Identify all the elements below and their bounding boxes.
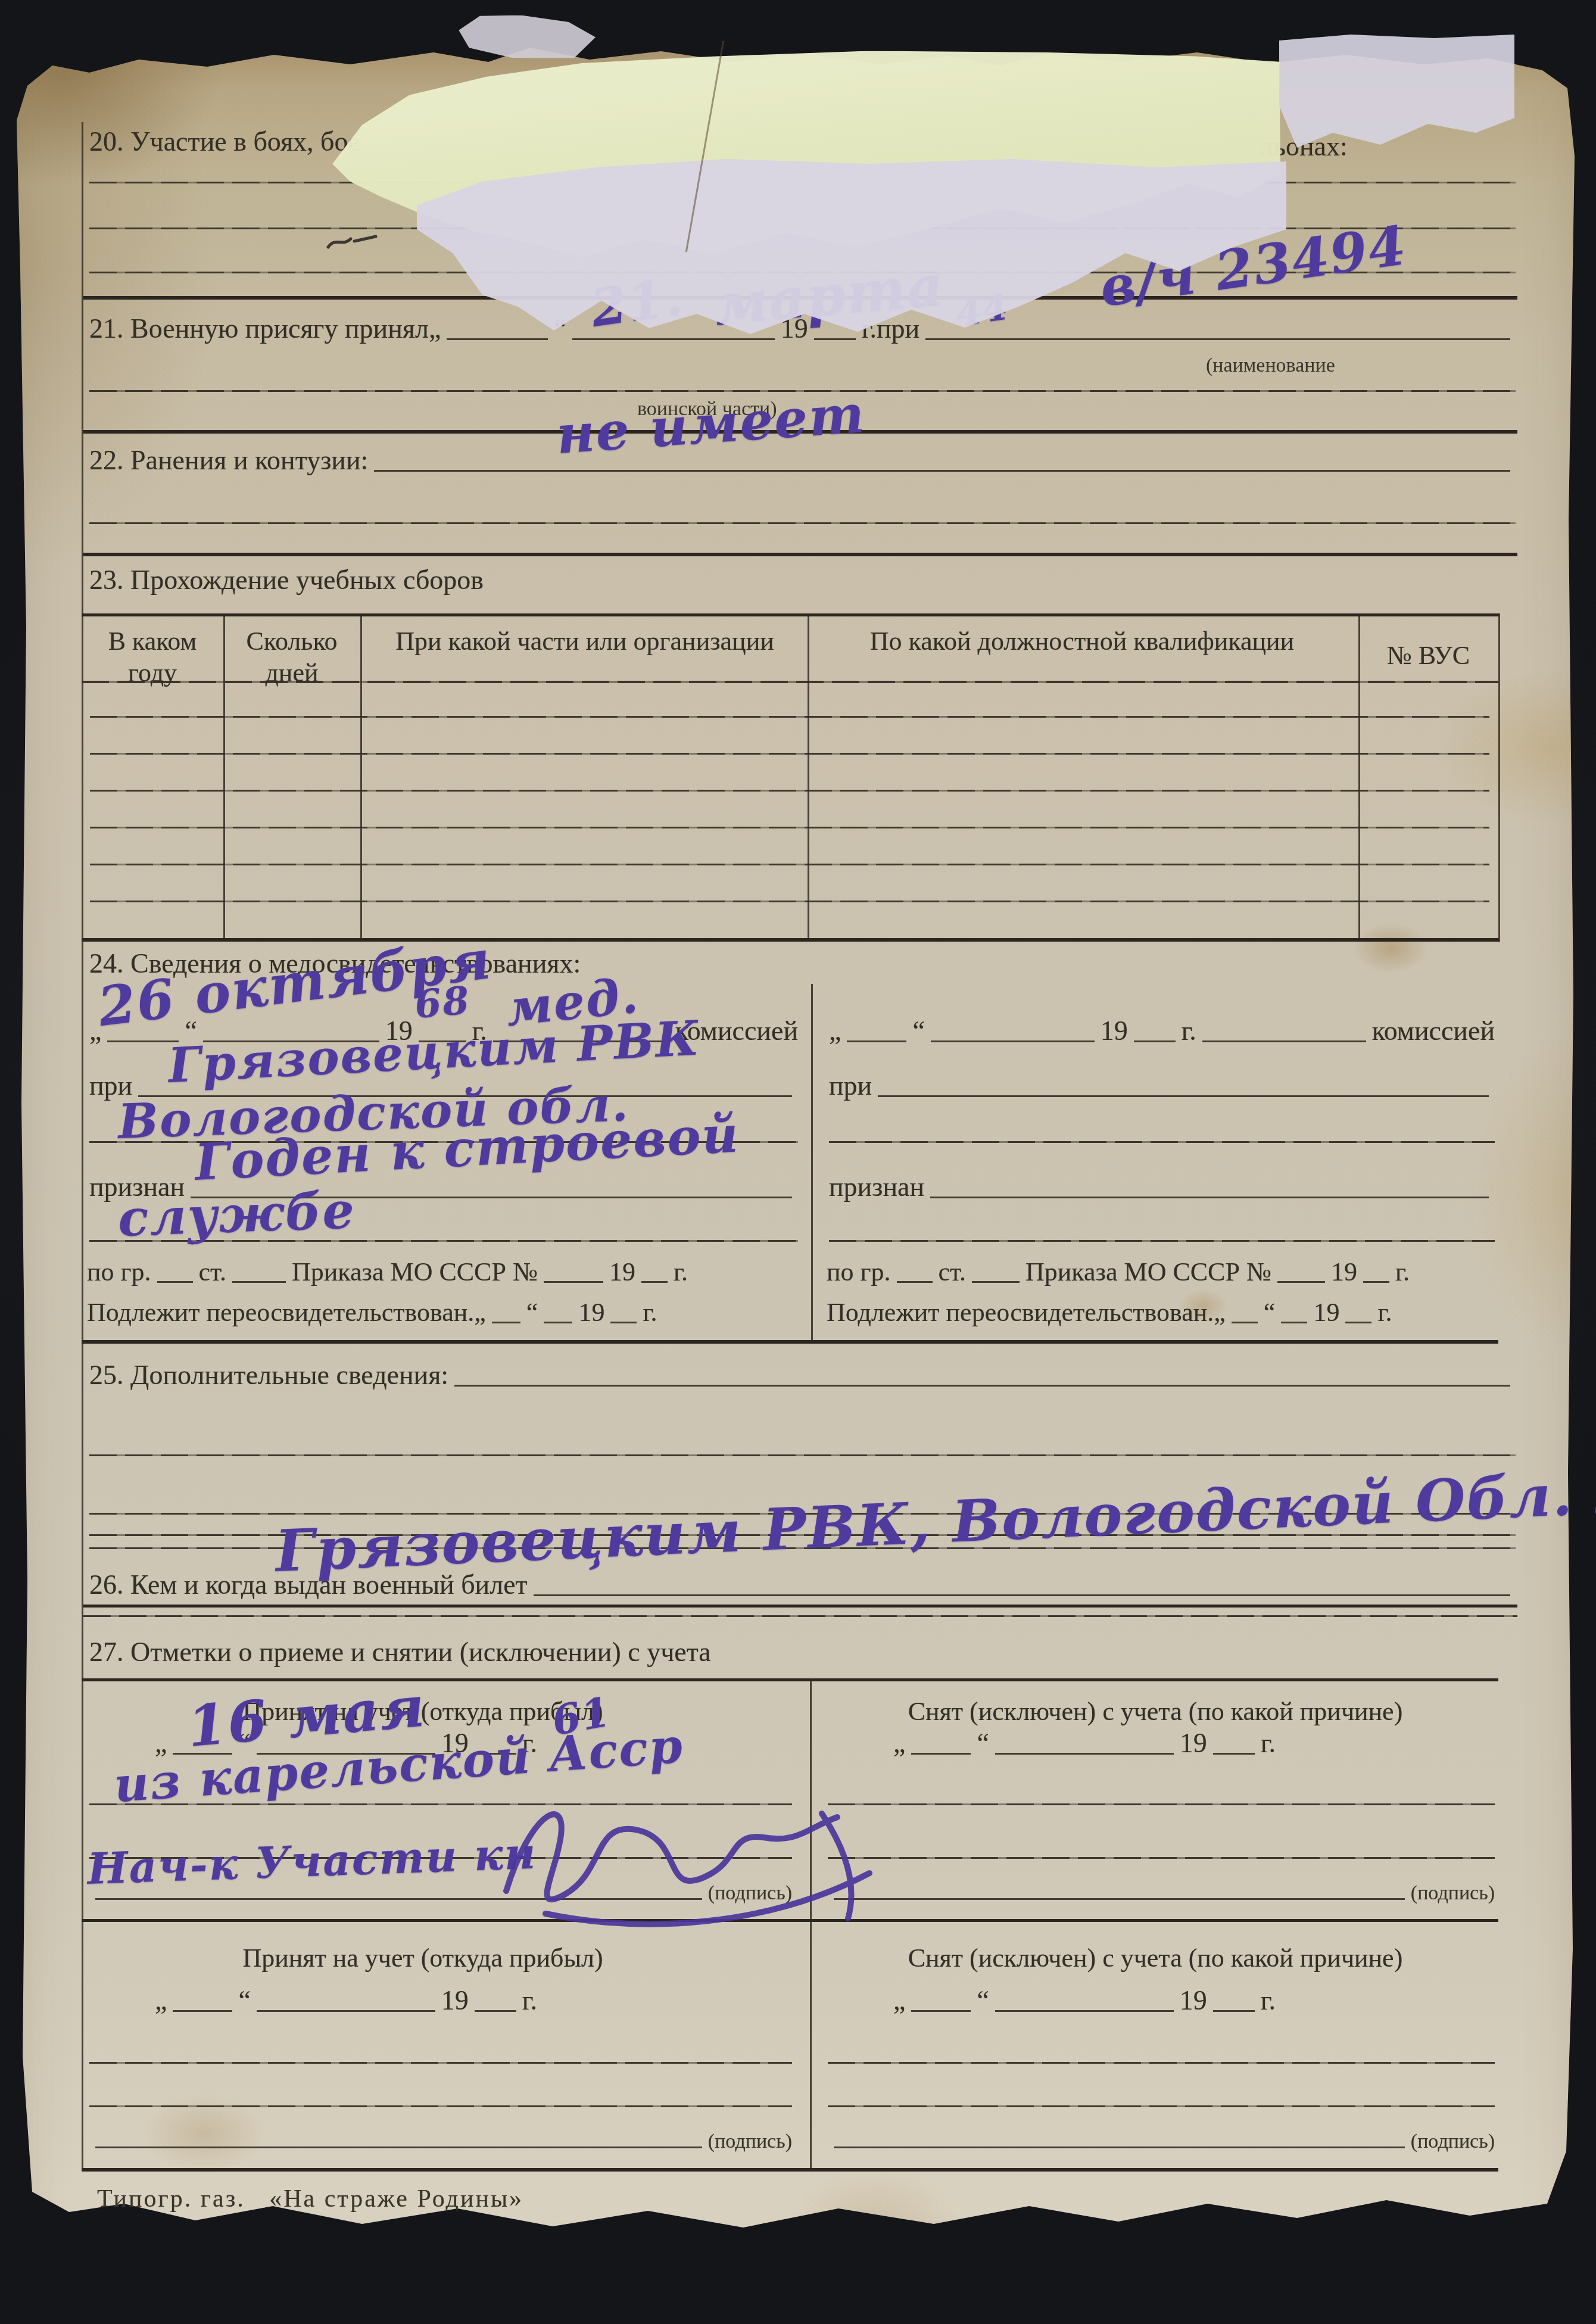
year-suffix: г. <box>1182 1015 1196 1048</box>
med-right-row-priznan: признан <box>829 1169 1495 1204</box>
st-label: ст. <box>939 1257 966 1289</box>
section25-row: 25. Дополнительные сведения: <box>89 1358 1516 1392</box>
fill-line <box>930 1197 1489 1198</box>
commission-label: комиссией <box>1372 1015 1495 1048</box>
frame-left-border <box>82 122 83 2171</box>
close-quote: “ <box>238 1985 250 2018</box>
year-suffix: г. <box>1377 1298 1392 1329</box>
year-prefix: 19 <box>1313 1298 1339 1329</box>
fill-line <box>847 1040 906 1042</box>
signature-flourish <box>488 1778 881 1945</box>
signature-caption: (подпись) <box>708 2130 792 2154</box>
section20-label: 20. Участие в боях, бое <box>89 126 360 158</box>
fill-line <box>475 2010 516 2012</box>
handwritten-med-year: 68 <box>413 978 472 1027</box>
table-divider <box>1358 616 1360 938</box>
year-prefix: 19 <box>1180 1985 1207 2018</box>
open-quote: „ <box>829 1015 841 1048</box>
year-prefix: 19 <box>1180 1728 1207 1761</box>
ruled-line <box>828 1803 1495 1805</box>
med-left-row-reexam: Подлежит переосвидетельствован. „ “ 19 г… <box>87 1296 802 1329</box>
remove-header: Снят (исключен) с учета (по какой причин… <box>834 1696 1477 1728</box>
fill-line <box>911 2010 971 2012</box>
section27-title: 27. Отметки о приеме и снятии (исключени… <box>89 1637 711 1668</box>
document-content: 20. Участие в боях, бое льонах: 21. Воен… <box>0 0 1596 2324</box>
fill-line <box>157 1281 193 1283</box>
fill-line <box>897 1281 933 1283</box>
remove-date-row-2: „ “ 19 г. <box>893 1983 1405 2018</box>
section23-title: 23. Прохождение учебных сборов <box>89 565 484 596</box>
year-prefix: 19 <box>441 1985 469 2018</box>
table-col-days: Сколько дней <box>229 626 354 689</box>
fill-line <box>173 2010 232 2012</box>
fill-line <box>1277 1281 1325 1283</box>
table-divider <box>360 616 362 938</box>
fill-line <box>95 2147 702 2148</box>
section-separator <box>83 553 1517 556</box>
close-quote: “ <box>912 1015 924 1048</box>
ruled-line <box>89 2062 792 2064</box>
training-table: В каком году Сколько дней При какой част… <box>82 613 1500 942</box>
section-separator <box>83 1605 1517 1608</box>
table-col-unit: При какой части или организации <box>391 626 778 658</box>
fill-line <box>995 1753 1174 1755</box>
year-suffix: г. <box>1261 1985 1276 2018</box>
table-divider <box>808 616 809 938</box>
fill-line <box>544 1281 603 1283</box>
table-row-line <box>90 901 1489 902</box>
ruled-line <box>829 1141 1495 1143</box>
fill-line <box>454 1385 1510 1387</box>
fill-line <box>1363 1281 1389 1283</box>
accept-date-row-2: „ “ 19 г. <box>155 1983 661 2018</box>
fill-line <box>447 338 548 340</box>
med-right-row-reexam: Подлежит переосвидетельствован. „ “ 19 г… <box>827 1296 1497 1329</box>
table-row-line <box>90 864 1489 865</box>
remove-header-2: Снят (исключен) с учета (по какой причин… <box>834 1943 1477 1974</box>
prikaz-label: Приказа МО СССР № <box>292 1257 538 1289</box>
fill-line <box>1232 1322 1258 1323</box>
open-quote: „ <box>429 313 441 346</box>
handwritten-med-verdict2: службе <box>117 1180 357 1248</box>
fill-line <box>374 470 1510 472</box>
section22-label: 22. Ранения и контузии: <box>89 445 368 478</box>
year-suffix: г. <box>522 1985 537 2018</box>
ruled-line <box>828 2105 1495 2107</box>
signature-caption: (подпись) <box>1411 1881 1495 1906</box>
remove-date-row: „ “ 19 г. <box>893 1726 1405 1761</box>
close-quote: “ <box>977 1985 989 2018</box>
table-col-qualification: По какой должностной квалификации <box>868 626 1296 658</box>
year-prefix: 19 <box>609 1257 635 1289</box>
caption-name: (наименование <box>1206 354 1335 377</box>
fill-line <box>911 1753 971 1755</box>
podlezhit-label: Подлежит переосвидетельствован. <box>87 1298 474 1329</box>
close-quote: “ <box>526 1298 538 1329</box>
ruled-line <box>828 1857 1495 1859</box>
open-quote: „ <box>893 1985 905 2018</box>
grid-top-border <box>82 1678 1498 1681</box>
fill-line <box>492 1322 520 1323</box>
po-gr-label: по гр. <box>87 1257 151 1289</box>
fill-line <box>814 338 856 340</box>
fill-line <box>544 1322 572 1323</box>
ruled-line <box>83 1615 1517 1617</box>
fill-line <box>834 2147 1405 2148</box>
year-prefix: 19 <box>1331 1257 1357 1289</box>
fill-line <box>972 1281 1020 1283</box>
fill-line <box>1345 1322 1371 1323</box>
year-prefix: 19 <box>1101 1015 1128 1048</box>
section21-label: 21. Военную присягу принял <box>89 313 429 346</box>
fill-line <box>1213 2010 1255 2012</box>
close-quote: “ <box>1264 1298 1276 1329</box>
pen-squiggle <box>325 229 381 254</box>
open-quote: „ <box>1214 1298 1226 1329</box>
fill-line <box>995 2010 1174 2012</box>
prikaz-label: Приказа МО СССР № <box>1025 1257 1271 1289</box>
accept-header-2: Принят на учет (откуда прибыл) <box>119 1943 727 1974</box>
accept-signature-row-2: (подпись) <box>89 2123 792 2154</box>
priznan-label: признан <box>829 1172 924 1204</box>
section-separator <box>82 1340 1498 1344</box>
fill-line <box>572 338 775 340</box>
ruled-line <box>89 2105 792 2107</box>
fill-line <box>1281 1322 1307 1323</box>
year-suffix: г. <box>674 1257 688 1289</box>
signature-caption: (подпись) <box>1411 2130 1495 2154</box>
table-row-line <box>90 790 1489 792</box>
remove-signature-row: (подпись) <box>828 1875 1495 1906</box>
med-column-divider <box>811 984 813 1340</box>
table-row-line <box>90 753 1489 755</box>
st-label: ст. <box>199 1257 226 1289</box>
ruled-line <box>829 1240 1495 1242</box>
fill-line <box>610 1322 637 1323</box>
year-suffix: г. <box>1261 1728 1276 1761</box>
fill-line <box>232 1281 286 1283</box>
fill-line <box>534 1594 1510 1596</box>
grid-bottom-border <box>82 2168 1498 2172</box>
med-right-row-date: „ “ 19 г. комиссией <box>829 1011 1495 1048</box>
podlezhit-label: Подлежит переосвидетельствован. <box>827 1298 1214 1329</box>
fill-line <box>834 1898 1405 1900</box>
med-right-row-pri: при <box>829 1067 1495 1103</box>
year-prefix: 19 <box>578 1298 604 1329</box>
year-suffix: г. <box>1395 1257 1410 1289</box>
remove-signature-row-2: (подпись) <box>828 2123 1495 2154</box>
fill-line <box>878 1095 1489 1097</box>
ruled-line <box>89 1454 1516 1456</box>
med-left-row-order: по гр. ст. Приказа МО СССР № 19 г. <box>87 1256 802 1289</box>
fill-line <box>1202 1040 1366 1042</box>
fill-line <box>641 1281 668 1283</box>
fill-line <box>1213 1753 1255 1755</box>
table-col-vus: № ВУС <box>1361 640 1496 672</box>
open-quote: „ <box>474 1298 486 1329</box>
table-row-line <box>90 716 1489 718</box>
ruled-line <box>89 522 1516 524</box>
med-right-row-order: по гр. ст. Приказа МО СССР № 19 г. <box>827 1256 1497 1289</box>
open-quote: „ <box>893 1728 905 1761</box>
po-gr-label: по гр. <box>827 1257 891 1289</box>
pri-label: при <box>829 1070 872 1103</box>
close-quote: “ <box>977 1728 989 1761</box>
section25-title: 25. Дополнительные сведения: <box>89 1360 448 1392</box>
print-shop-footer: Типогр. газ. «На страже Родины» <box>97 2185 523 2213</box>
fill-line <box>257 2010 435 2012</box>
ruled-line <box>828 2062 1495 2064</box>
table-col-year: В каком году <box>88 626 217 689</box>
fill-line <box>1134 1040 1176 1042</box>
fill-line <box>925 338 1510 340</box>
fill-line <box>931 1040 1095 1042</box>
open-quote: „ <box>155 1985 167 2018</box>
year-suffix: г. <box>643 1298 657 1329</box>
table-row-line <box>90 827 1489 828</box>
table-divider <box>223 616 225 938</box>
